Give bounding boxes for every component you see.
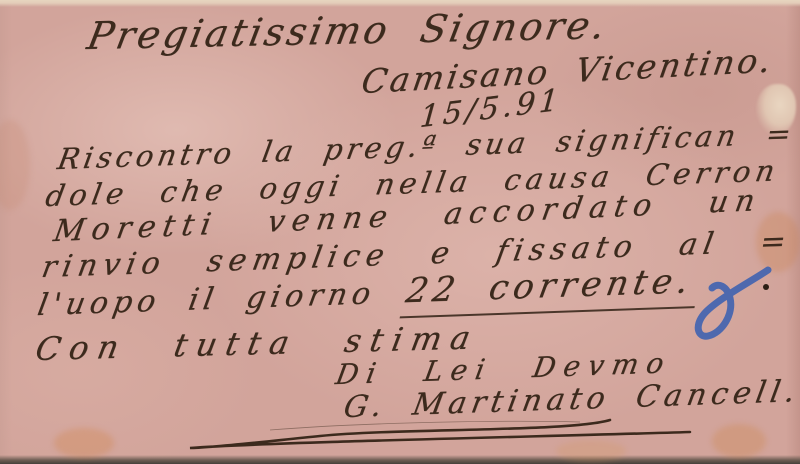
foxing-spot [0,120,30,210]
foxing-spot [54,428,114,458]
foxing-spot [712,424,766,458]
body-text-5-prefix: l'uopo il giorno [35,276,378,323]
flourish-stroke [190,420,690,448]
blue-crayon-mark [692,266,776,344]
underlined-date-phrase: 22 corrente. [399,261,702,319]
postcard-scan: Pregiatissimo Signore. Camisano Vicentin… [0,0,800,464]
salutation-text: Pregiatissimo Signore. [84,3,612,58]
blue-mark-stroke [698,270,768,336]
signature-flourish [150,418,720,454]
ink-dot [763,284,769,290]
salutation-line: Pregiatissimo Signore. [88,3,608,58]
